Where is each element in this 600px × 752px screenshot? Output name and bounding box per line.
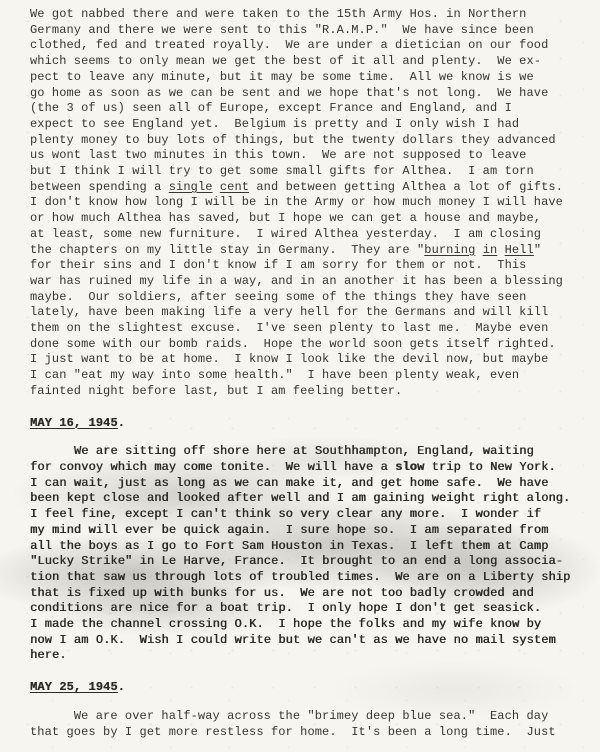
date-heading-period: . bbox=[118, 416, 125, 430]
text-segment: pect to leave any minute, but it may be … bbox=[30, 70, 534, 84]
text-segment: maybe. Our soldiers, after seeing some o… bbox=[30, 290, 526, 304]
text-segment: but I think I will try to get some small… bbox=[30, 164, 534, 178]
text-line: the chapters on my little stay in German… bbox=[30, 243, 580, 259]
text-segment: between spending a bbox=[30, 180, 169, 194]
text-segment: them on the slightest excuse. I've seen … bbox=[30, 321, 548, 335]
text-segment: I can "eat my way into some health." I h… bbox=[30, 368, 519, 382]
text-line: here. bbox=[30, 648, 580, 664]
text-segment: all the boys as I go to Fort Sam Houston… bbox=[30, 539, 548, 553]
text-line: us wont last two minutes in this town. W… bbox=[30, 148, 580, 164]
text-line: clothed, fed and treated royally. We are… bbox=[30, 38, 580, 54]
text-segment: now I am O.K. Wish I could write but we … bbox=[30, 633, 556, 647]
text-segment: war has ruined my life in a way, and in … bbox=[30, 274, 563, 288]
text-line: which seems to only mean we get the best… bbox=[30, 54, 580, 70]
text-line: all the boys as I go to Fort Sam Houston… bbox=[30, 539, 580, 555]
text-segment bbox=[475, 243, 482, 257]
text-line: conditions are nice for a boat trip. I o… bbox=[30, 601, 580, 617]
text-segment: " bbox=[534, 243, 541, 257]
text-segment: here. bbox=[30, 648, 67, 662]
text-segment: We are over half-way across the "brimey … bbox=[30, 709, 548, 723]
text-line: at least, some new furniture. I wired Al… bbox=[30, 227, 580, 243]
text-segment: at least, some new furniture. I wired Al… bbox=[30, 227, 541, 241]
text-line: or how much Althea has saved, but I hope… bbox=[30, 211, 580, 227]
text-segment: that is fixed up with bunks for us. We a… bbox=[30, 586, 534, 600]
text-segment: for their sins and I don't know if I am … bbox=[30, 258, 526, 272]
text-segment: I can wait, just as long as we can make … bbox=[30, 476, 548, 490]
text-segment: which seems to only mean we get the best… bbox=[30, 54, 541, 68]
paragraph: We got nabbed there and were taken to th… bbox=[30, 7, 580, 400]
text-segment: lately, have been making life a very hel… bbox=[30, 305, 548, 319]
text-line: for their sins and I don't know if I am … bbox=[30, 258, 580, 274]
text-segment: "Lucky Strike" in Le Harve, France. It b… bbox=[30, 554, 563, 568]
text-line: We got nabbed there and were taken to th… bbox=[30, 7, 580, 23]
text-segment: We got nabbed there and were taken to th… bbox=[30, 7, 526, 21]
text-segment: for convoy which may come tonite. We wil… bbox=[30, 460, 395, 474]
text-segment: us wont last two minutes in this town. W… bbox=[30, 148, 526, 162]
text-segment: and between getting Althea a lot of gift… bbox=[249, 180, 563, 194]
document-body: We got nabbed there and were taken to th… bbox=[0, 0, 600, 740]
text-line: expect to see England yet. Belgium is pr… bbox=[30, 117, 580, 133]
text-line: We are sitting off shore here at Southha… bbox=[30, 444, 580, 460]
text-segment: expect to see England yet. Belgium is pr… bbox=[30, 117, 519, 131]
text-line: them on the slightest excuse. I've seen … bbox=[30, 321, 580, 337]
paragraph: We are over half-way across the "brimey … bbox=[30, 709, 580, 740]
text-segment: Germany and there we were sent to this "… bbox=[30, 23, 534, 37]
text-segment: conditions are nice for a boat trip. I o… bbox=[30, 601, 541, 615]
text-line: between spending a single cent and betwe… bbox=[30, 180, 580, 196]
text-segment: that goes by I get more restless for hom… bbox=[30, 725, 556, 739]
text-line: been kept close and looked after well an… bbox=[30, 491, 580, 507]
text-line: I don't know how long I will be in the A… bbox=[30, 195, 580, 211]
scanned-document-page: We got nabbed there and were taken to th… bbox=[0, 0, 600, 752]
text-line: I made the channel crossing O.K. I hope … bbox=[30, 617, 580, 633]
text-line: I can "eat my way into some health." I h… bbox=[30, 368, 580, 384]
text-line: now I am O.K. Wish I could write but we … bbox=[30, 633, 580, 649]
text-line: maybe. Our soldiers, after seeing some o… bbox=[30, 290, 580, 306]
text-segment: cent bbox=[220, 180, 249, 194]
text-line: but I think I will try to get some small… bbox=[30, 164, 580, 180]
text-segment: clothed, fed and treated royally. We are… bbox=[30, 38, 548, 52]
text-segment: been kept close and looked after well an… bbox=[30, 491, 570, 505]
text-line: I just want to be at home. I know I look… bbox=[30, 352, 580, 368]
paragraph: We are sitting off shore here at Southha… bbox=[30, 444, 580, 664]
date-heading-text: MAY 16, 1945 bbox=[30, 416, 118, 430]
date-heading-period: . bbox=[118, 680, 125, 694]
text-segment: I just want to be at home. I know I look… bbox=[30, 352, 548, 366]
text-segment: trip to New York. bbox=[424, 460, 555, 474]
text-segment: go home as soon as we can be sent and we… bbox=[30, 86, 548, 100]
text-line: Germany and there we were sent to this "… bbox=[30, 23, 580, 39]
text-segment: fainted night before last, but I am feel… bbox=[30, 384, 402, 398]
text-line: war has ruined my life in a way, and in … bbox=[30, 274, 580, 290]
text-segment: burning bbox=[424, 243, 475, 257]
text-line: I can wait, just as long as we can make … bbox=[30, 476, 580, 492]
text-line: go home as soon as we can be sent and we… bbox=[30, 86, 580, 102]
date-heading: MAY 16, 1945. bbox=[30, 416, 580, 432]
text-segment: We are sitting off shore here at Southha… bbox=[30, 444, 534, 458]
text-line: I feel fine, except I can't think so ver… bbox=[30, 507, 580, 523]
text-segment: the chapters on my little stay in German… bbox=[30, 243, 424, 257]
text-segment: plenty money to buy lots of things, but … bbox=[30, 133, 556, 147]
text-line: tion that saw us through lots of trouble… bbox=[30, 570, 580, 586]
text-line: done some with our bomb raids. Hope the … bbox=[30, 337, 580, 353]
text-segment: I don't know how long I will be in the A… bbox=[30, 195, 563, 209]
text-segment: or how much Althea has saved, but I hope… bbox=[30, 211, 541, 225]
text-segment: done some with our bomb raids. Hope the … bbox=[30, 337, 556, 351]
text-line: plenty money to buy lots of things, but … bbox=[30, 133, 580, 149]
text-segment: I made the channel crossing O.K. I hope … bbox=[30, 617, 541, 631]
text-line: that is fixed up with bunks for us. We a… bbox=[30, 586, 580, 602]
text-line: fainted night before last, but I am feel… bbox=[30, 384, 580, 400]
text-line: (the 3 of us) seen all of Europe, except… bbox=[30, 101, 580, 117]
text-segment: my mind will ever be quick again. I sure… bbox=[30, 523, 548, 537]
text-line: for convoy which may come tonite. We wil… bbox=[30, 460, 580, 476]
text-line: that goes by I get more restless for hom… bbox=[30, 725, 580, 741]
text-segment: Hell bbox=[505, 243, 534, 257]
date-heading-text: MAY 25, 1945 bbox=[30, 680, 118, 694]
text-segment: single bbox=[169, 180, 213, 194]
text-line: pect to leave any minute, but it may be … bbox=[30, 70, 580, 86]
text-segment: (the 3 of us) seen all of Europe, except… bbox=[30, 101, 512, 115]
text-segment: tion that saw us through lots of trouble… bbox=[30, 570, 570, 584]
text-segment bbox=[213, 180, 220, 194]
text-segment: in bbox=[483, 243, 498, 257]
text-segment: slow bbox=[395, 460, 424, 474]
text-segment: I feel fine, except I can't think so ver… bbox=[30, 507, 541, 521]
text-line: "Lucky Strike" in Le Harve, France. It b… bbox=[30, 554, 580, 570]
text-line: my mind will ever be quick again. I sure… bbox=[30, 523, 580, 539]
text-line: We are over half-way across the "brimey … bbox=[30, 709, 580, 725]
text-line: lately, have been making life a very hel… bbox=[30, 305, 580, 321]
date-heading: MAY 25, 1945. bbox=[30, 680, 580, 696]
text-segment bbox=[497, 243, 504, 257]
